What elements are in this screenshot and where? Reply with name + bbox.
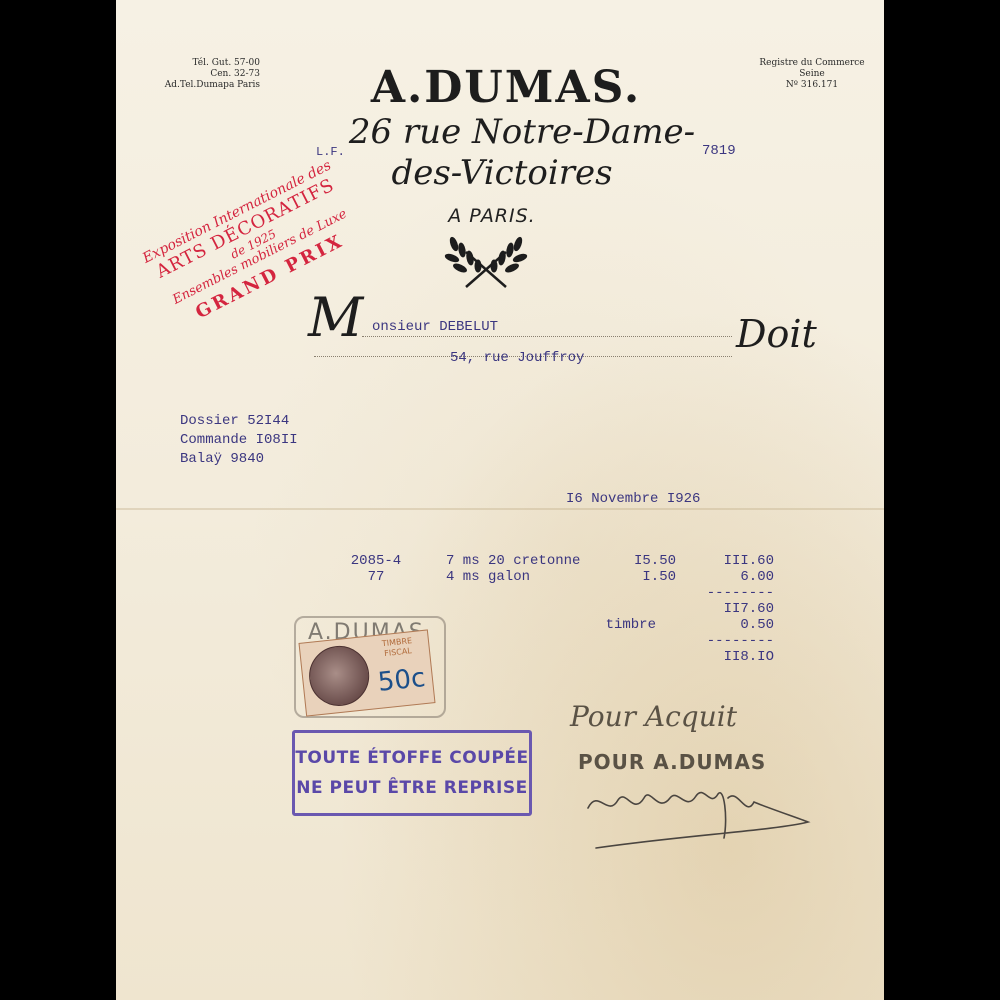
city: A PARIS. [402, 205, 582, 227]
dotted-line [362, 336, 732, 337]
signature-icon [578, 778, 818, 858]
notice-stamp: TOUTE ÉTOFFE COUPÉE NE PEUT ÊTRE REPRISE [292, 730, 532, 816]
subtotal: II7.60 [686, 601, 774, 617]
reference-number: 7819 [702, 143, 736, 159]
item-unit-price: I5.50 [596, 553, 676, 569]
separator-row: -------- [346, 585, 776, 601]
telephone-line: Tél. Gut. 57-00 [140, 58, 260, 69]
on-behalf-stamp: POUR A.DUMAS [578, 750, 766, 774]
item-description: 7 ms 20 cretonne [446, 553, 580, 569]
stamp-label: timbre [576, 617, 656, 633]
registry-block: Registre du Commerce Seine Nº 316.171 [752, 58, 872, 91]
fiscal-stamp-value: 50c [377, 663, 427, 698]
balay-ref: Balaÿ 9840 [180, 450, 298, 469]
company-name: A.DUMAS. [306, 62, 706, 113]
registry-line: Registre du Commerce [752, 58, 872, 69]
separator: -------- [686, 585, 774, 601]
item-unit-price: I.50 [596, 569, 676, 585]
registry-line: Seine [752, 69, 872, 80]
acquit-label: Pour Acquit [570, 700, 737, 733]
recipient-name: onsieur DEBELUT [372, 319, 498, 335]
item-ref: 2085-4 [346, 553, 406, 569]
order-ref: Commande I08II [180, 431, 298, 450]
item-ref: 77 [346, 569, 406, 585]
subtotal-row: II7.60 [346, 601, 776, 617]
invoice-paper: Tél. Gut. 57-00 Cen. 32-73 Ad.Tel.Dumapa… [116, 0, 884, 1000]
fiscal-stamp-label: TIMBRE FISCAL [370, 635, 426, 661]
item-amount: III.60 [686, 553, 774, 569]
laurel-branches-icon [436, 232, 536, 292]
recipient-street: 54, rue Jouffroy [450, 350, 584, 366]
reference-block: Dossier 52I44 Commande I08II Balaÿ 9840 [180, 412, 298, 469]
registry-number: Nº 316.171 [752, 80, 872, 91]
table-row: 77 4 ms galon I.50 6.00 [346, 569, 776, 585]
dossier-ref: Dossier 52I44 [180, 412, 298, 431]
notice-line: NE PEUT ÊTRE REPRISE [295, 773, 529, 803]
invoice-date: I6 Novembre I926 [566, 491, 700, 507]
owes-label: Doit [736, 312, 817, 356]
item-description: 4 ms galon [446, 569, 530, 585]
telephone-line: Cen. 32-73 [140, 69, 260, 80]
address-line-1: 26 rue Notre-Dame- [312, 112, 732, 152]
telephone-block: Tél. Gut. 57-00 Cen. 32-73 Ad.Tel.Dumapa… [140, 58, 260, 91]
telegraph-address: Ad.Tel.Dumapa Paris [140, 80, 260, 91]
total: II8.IO [686, 649, 774, 665]
table-row: 2085-4 7 ms 20 cretonne I5.50 III.60 [346, 553, 776, 569]
notice-line: TOUTE ÉTOFFE COUPÉE [295, 743, 529, 773]
fold-crease [116, 508, 884, 510]
item-amount: 6.00 [686, 569, 774, 585]
stamp-fee: 0.50 [686, 617, 774, 633]
salutation-initial: M [308, 286, 363, 349]
separator: -------- [686, 633, 774, 649]
fiscal-stamp: TIMBRE FISCAL 50c [298, 629, 435, 716]
marianne-portrait-icon [306, 643, 372, 709]
